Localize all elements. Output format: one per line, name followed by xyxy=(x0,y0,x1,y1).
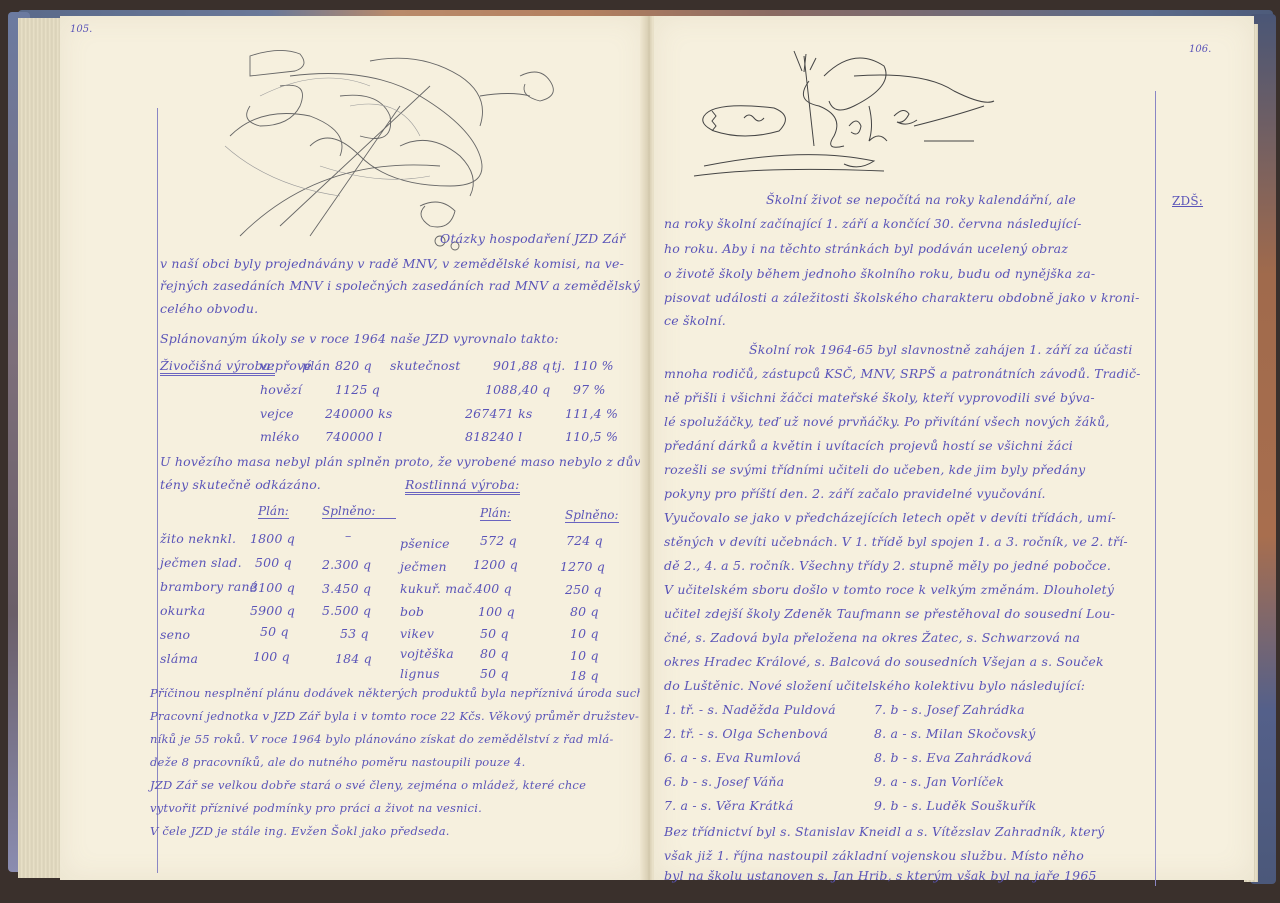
text-line: mnoha rodičů, zástupců KSČ, MNV, SRPŠ a … xyxy=(664,366,1141,381)
livestock-plan: 1125 q xyxy=(335,382,380,397)
text-line: Příčinou nesplnění plánu dodávek některý… xyxy=(150,686,666,700)
text-line: pisovat události a záležitosti školského… xyxy=(664,290,1140,305)
crop-done: 2.300 q xyxy=(322,557,371,572)
staff-entry: 7. b - s. Josef Zahrádka xyxy=(874,702,1025,717)
livestock-plan: 240000 ks xyxy=(325,406,392,421)
crops-label: Rostlinná výroba: xyxy=(405,477,520,495)
staff-entry: 9. b - s. Luděk Souškuřík xyxy=(874,798,1036,813)
crop-item: seno xyxy=(160,627,190,642)
crop-item: sláma xyxy=(160,651,198,666)
crop-item: žito neknkl. xyxy=(160,531,236,546)
staff-entry: 1. tř. - s. Naděžda Puldová xyxy=(664,702,836,717)
staff-entry: 8. b - s. Eva Zahrádková xyxy=(874,750,1032,765)
text-line: U hovězího masa nebyl plán splněn proto,… xyxy=(160,454,711,469)
text-line: o životě školy během jednoho školního ro… xyxy=(664,266,1095,281)
crop-item: ječmen xyxy=(400,559,447,574)
text-line: Školní rok 1964-65 byl slavnostně zaháje… xyxy=(749,342,1133,357)
crop-item: vojtěška xyxy=(400,646,454,661)
crop-done: 18 q xyxy=(570,668,599,683)
crop-done: 724 q xyxy=(566,533,603,548)
livestock-pct: 110 % xyxy=(573,358,614,373)
text-line: na roky školní začínající 1. září a konč… xyxy=(664,216,1082,231)
page-number: 105. xyxy=(70,24,92,35)
section-heading: Otázky hospodaření JZD Zář xyxy=(440,231,625,246)
livestock-actual: 901,88 q xyxy=(493,358,550,373)
ratio-label: tj. xyxy=(552,358,565,373)
crop-plan: 80 q xyxy=(480,646,509,661)
text-line: JZD Zář se velkou dobře stará o své člen… xyxy=(150,778,586,792)
crop-plan: 3100 q xyxy=(250,580,295,595)
crop-plan: 50 q xyxy=(260,624,289,639)
crop-done: 10 q xyxy=(570,648,599,663)
text-line: do Luštěnic. Nové složení učitelského ko… xyxy=(664,678,1085,693)
livestock-item: vejce xyxy=(260,406,294,421)
crop-plan: 500 q xyxy=(255,555,292,570)
text-line: čné, s. Zadová byla přeložena na okres Ž… xyxy=(664,630,1080,645)
crop-done: 80 q xyxy=(570,604,599,619)
crop-item: lignus xyxy=(400,666,440,681)
left-page: 105. Otázky hospodaření JZD Zář xyxy=(60,16,647,880)
crop-done: 184 q xyxy=(335,651,372,666)
livestock-plan: 820 q xyxy=(335,358,372,373)
text-line: vytvořit příznivé podmínky pro práci a ž… xyxy=(150,801,482,815)
column-header-plan: Plán: xyxy=(258,504,289,519)
text-line: ně přišli i všichni žáčci mateřské školy… xyxy=(664,390,1095,405)
staff-entry: 8. a - s. Milan Skočovský xyxy=(874,726,1035,741)
text-line: celého obvodu. xyxy=(160,301,258,316)
crop-plan: 50 q xyxy=(480,666,509,681)
text-line: rozešli se svými třídními učiteli do uče… xyxy=(664,462,1085,477)
text-line: níků je 55 roků. V roce 1964 bylo plánov… xyxy=(150,732,614,746)
text-line: učitel zdejší školy Zdeněk Taufmann se p… xyxy=(664,606,1115,621)
staff-entry: 6. a - s. Eva Rumlová xyxy=(664,750,801,765)
right-page: 106. ZDŠ: Školní život se nepočítá na ro… xyxy=(652,16,1254,880)
crop-plan: 100 q xyxy=(478,604,515,619)
margin-note-zds: ZDŠ: xyxy=(1172,194,1203,208)
column-header-done: Splněno: xyxy=(565,508,619,523)
text-line: předání dárků a květin i uvítacích proje… xyxy=(664,438,1073,453)
crop-done: 5.500 q xyxy=(322,603,371,618)
text-line: dě 2., 4. a 5. ročník. Všechny třídy 2. … xyxy=(664,558,1111,573)
livestock-label: Živočišná výroba: xyxy=(160,358,275,376)
text-line: byl na školu ustanoven s. Jan Hrib, s kt… xyxy=(664,868,1097,883)
column-header-plan: Plán: xyxy=(480,506,511,521)
text-line: řejných zasedáních MNV i společných zase… xyxy=(160,278,702,293)
livestock-pct: 111,4 % xyxy=(565,406,618,421)
text-line: ce školní. xyxy=(664,313,726,328)
crop-item: ječmen slad. xyxy=(160,555,242,570)
crop-plan: 1800 q xyxy=(250,531,295,546)
text-line: V učitelském sboru došlo v tomto roce k … xyxy=(664,582,1114,597)
livestock-pct: 97 % xyxy=(573,382,606,397)
text-line: pokyny pro příští den. 2. září začalo pr… xyxy=(664,486,1046,501)
text-line: Pracovní jednotka v JZD Zář byla i v tom… xyxy=(150,709,639,723)
text-line: Bez třídnictví byl s. Stanislav Kneidl a… xyxy=(664,824,1104,839)
crop-done: 10 q xyxy=(570,626,599,641)
crop-item: brambory rané xyxy=(160,579,257,594)
text-line: lé spolužáčky, teď už nové prvňáčky. Po … xyxy=(664,414,1110,429)
crop-done: 53 q xyxy=(340,626,369,641)
text-line: Školní život se nepočítá na roky kalendá… xyxy=(766,192,1076,207)
pencil-ornament-sketch-icon xyxy=(220,36,580,256)
text-line: stěných v devíti učebnách. V 1. třídě by… xyxy=(664,534,1128,549)
crop-plan: 1200 q xyxy=(473,557,518,572)
staff-entry: 9. a - s. Jan Vorlíček xyxy=(874,774,1004,789)
text-line: ho roku. Aby i na těchto stránkách byl p… xyxy=(664,241,1068,256)
staff-entry: 6. b - s. Josef Váňa xyxy=(664,774,784,789)
margin-rule xyxy=(1155,91,1156,886)
crop-done: 250 q xyxy=(565,582,602,597)
livestock-pct: 110,5 % xyxy=(565,429,618,444)
text-line: však již 1. října nastoupil základní voj… xyxy=(664,848,1084,863)
crop-item: kukuř. mač. xyxy=(400,581,476,596)
livestock-actual: 267471 ks xyxy=(465,406,532,421)
crop-done: 1270 q xyxy=(560,559,605,574)
plan-label: plán xyxy=(302,358,330,373)
crop-done: 3.450 q xyxy=(322,581,371,596)
crop-done: – xyxy=(345,528,351,543)
crop-plan: 5900 q xyxy=(250,603,295,618)
staff-entry: 2. tř. - s. Olga Schenbová xyxy=(664,726,828,741)
text-line: v naší obci byly projednávány v radě MNV… xyxy=(160,256,624,271)
crop-item: vikev xyxy=(400,626,434,641)
staff-entry: 7. a - s. Věra Krátká xyxy=(664,798,794,813)
livestock-actual: 1088,40 q xyxy=(485,382,550,397)
livestock-item: hovězí xyxy=(260,382,302,397)
crop-item: pšenice xyxy=(400,536,450,551)
column-header-done: Splněno: xyxy=(322,504,396,519)
actual-label: skutečnost xyxy=(390,358,460,373)
text-line: Splánovaným úkoly se v roce 1964 naše JZ… xyxy=(160,331,559,346)
livestock-item: mléko xyxy=(260,429,299,444)
crop-item: bob xyxy=(400,604,424,619)
text-line: deže 8 pracovníků, ale do nutného poměru… xyxy=(150,755,525,769)
crop-plan: 100 q xyxy=(253,649,290,664)
crop-plan: 572 q xyxy=(480,533,517,548)
text-line: Vyučovalo se jako v předcházejících lete… xyxy=(664,510,1116,525)
crop-plan: 50 q xyxy=(480,626,509,641)
text-line: okres Hradec Králové, s. Balcová do sous… xyxy=(664,654,1104,669)
text-line: tény skutečně odkázáno. xyxy=(160,477,321,492)
livestock-actual: 818240 l xyxy=(465,429,522,444)
livestock-plan: 740000 l xyxy=(325,429,382,444)
page-number: 106. xyxy=(1189,44,1211,55)
pencil-heading-sketch-icon xyxy=(684,46,1024,186)
text-line: V čele JZD je stále ing. Evžen Šokl jako… xyxy=(150,824,450,838)
crop-plan: 400 q xyxy=(475,581,512,596)
crop-item: okurka xyxy=(160,603,205,618)
